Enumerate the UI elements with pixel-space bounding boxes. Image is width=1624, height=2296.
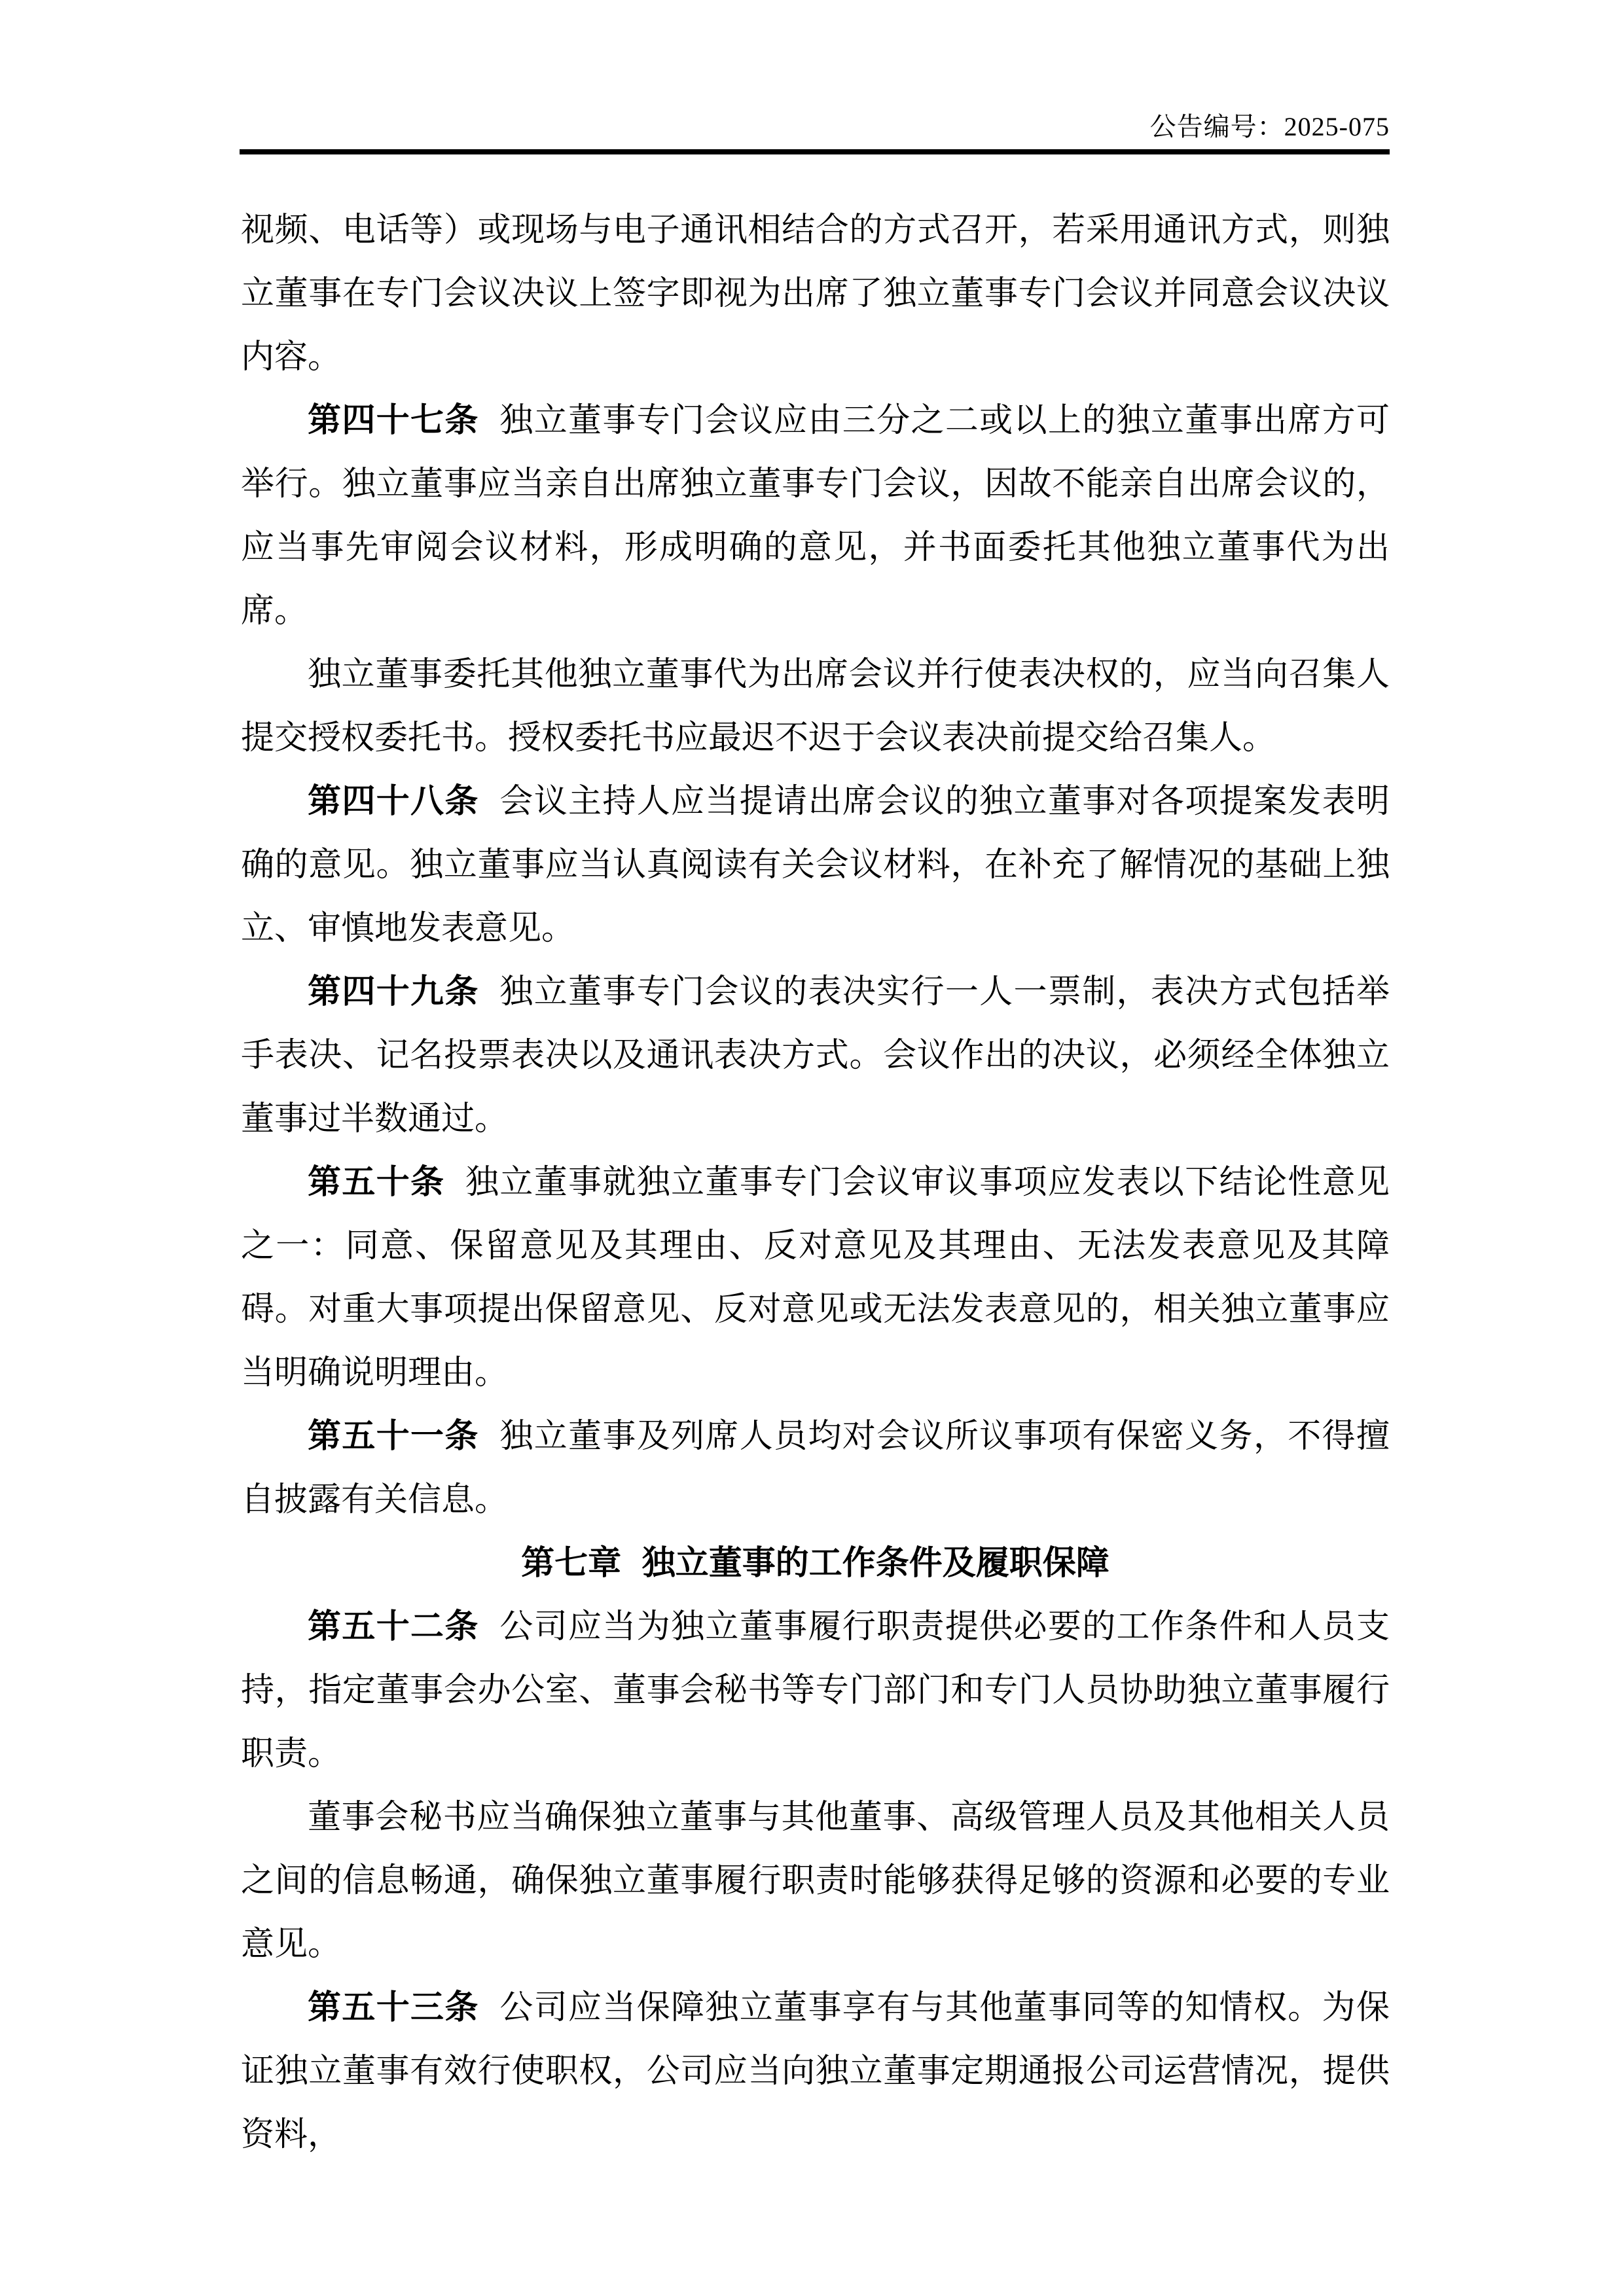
article-number-label: 第四十九条 <box>308 974 479 1011</box>
article-number-label: 第五十二条 <box>308 1609 479 1645</box>
header-divider <box>240 149 1390 154</box>
article-number-label: 第五十一条 <box>308 1418 479 1455</box>
paragraph-text: 独立董事的工作条件及履职保障 <box>642 1545 1110 1582</box>
paragraph: 独立董事委托其他独立董事代为出席会议并行使表决权的，应当向召集人提交授权委托书。… <box>241 643 1390 770</box>
document-page: 公告编号：2025-075 视频、电话等）或现场与电子通讯相结合的方式召开，若采… <box>0 0 1624 2296</box>
paragraph-text: 独立董事委托其他独立董事代为出席会议并行使表决权的，应当向召集人提交授权委托书。… <box>241 656 1390 757</box>
article-number-label: 第四十七条 <box>308 403 479 439</box>
notice-number: 公告编号：2025-075 <box>1150 112 1390 141</box>
paragraph-text: 视频、电话等）或现场与电子通讯相结合的方式召开，若采用通讯方式，则独立董事在专门… <box>241 212 1390 376</box>
article-number-label: 第五十条 <box>308 1164 444 1201</box>
paragraph: 董事会秘书应当确保独立董事与其他董事、高级管理人员及其他相关人员之间的信息畅通，… <box>241 1786 1390 1977</box>
paragraph: 第五十一条独立董事及列席人员均对会议所议事项有保密义务，不得擅自披露有关信息。 <box>241 1405 1390 1532</box>
paragraph: 第五十三条公司应当保障独立董事享有与其他董事同等的知情权。为保证独立董事有效行使… <box>241 1977 1390 2167</box>
paragraph: 第四十七条独立董事专门会议应由三分之二或以上的独立董事出席方可举行。独立董事应当… <box>241 389 1390 643</box>
paragraph: 第四十九条独立董事专门会议的表决实行一人一票制，表决方式包括举手表决、记名投票表… <box>241 961 1390 1151</box>
chapter-number-label: 第七章 <box>521 1545 621 1582</box>
page-header: 公告编号：2025-075 <box>241 111 1390 143</box>
paragraph: 视频、电话等）或现场与电子通讯相结合的方式召开，若采用通讯方式，则独立董事在专门… <box>241 199 1390 389</box>
article-number-label: 第五十三条 <box>308 1990 479 2026</box>
paragraph: 第五十条独立董事就独立董事专门会议审议事项应发表以下结论性意见之一：同意、保留意… <box>241 1151 1390 1405</box>
article-number-label: 第四十八条 <box>308 783 479 820</box>
chapter-heading: 第七章独立董事的工作条件及履职保障 <box>241 1532 1390 1596</box>
paragraph: 第四十八条会议主持人应当提请出席会议的独立董事对各项提案发表明确的意见。独立董事… <box>241 770 1390 961</box>
paragraph: 第五十二条公司应当为独立董事履行职责提供必要的工作条件和人员支持，指定董事会办公… <box>241 1596 1390 1786</box>
paragraph-text: 董事会秘书应当确保独立董事与其他董事、高级管理人员及其他相关人员之间的信息畅通，… <box>241 1799 1390 1963</box>
document-body: 视频、电话等）或现场与电子通讯相结合的方式召开，若采用通讯方式，则独立董事在专门… <box>241 199 1390 2167</box>
